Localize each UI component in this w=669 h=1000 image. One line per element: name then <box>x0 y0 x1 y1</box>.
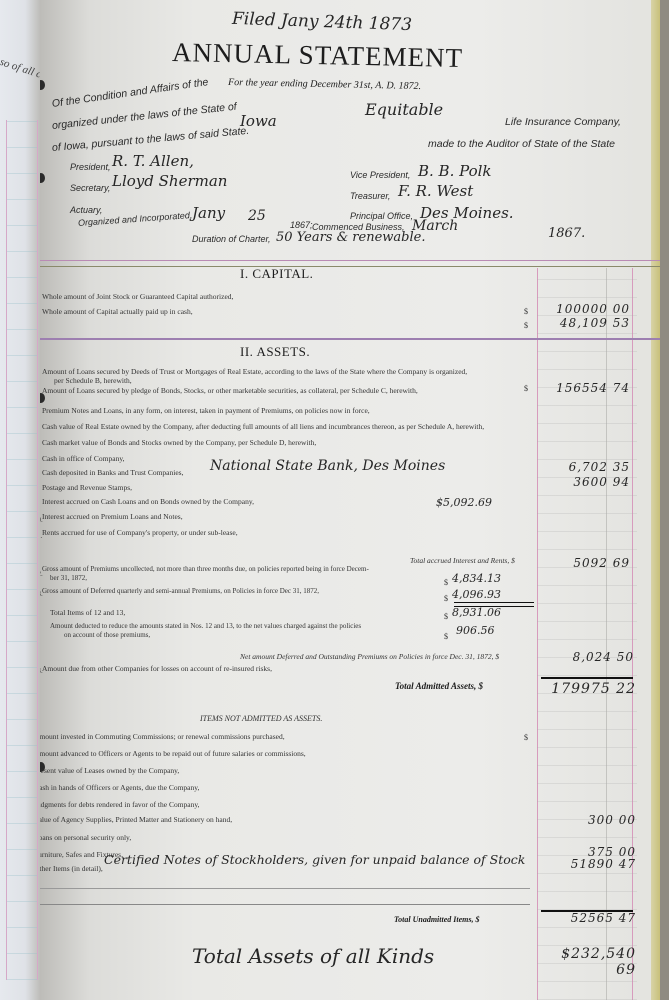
asset-bonds-stocks-label: Cash market value of Bonds and Stocks ow… <box>42 438 316 447</box>
not-admitted-judgments: Judgments for debts rendered in favor of… <box>40 800 200 809</box>
filed-date-note: Filed Jany 24th 1873 <box>232 9 413 35</box>
not-admitted-cash-agents: Cash in hands of Officers or Agents, due… <box>40 783 199 792</box>
asset-mortgage-loans-label: Amount of Loans secured by Deeds of Trus… <box>42 367 467 376</box>
previous-page-ledger-grid <box>6 120 38 980</box>
document-subtitle: For the year ending December 31st, A. D.… <box>228 77 421 92</box>
asset-deferred-premiums-amount: 4,096.93 <box>452 588 501 601</box>
not-admitted-advances: Amount advanced to Officers or Agents to… <box>40 749 306 758</box>
asset-interest-premium-loans-label: Interest accrued on Premium Loans and No… <box>42 512 183 521</box>
asset-premium-notes-label: Premium Notes and Loans, in any form, on… <box>42 406 370 415</box>
asset-cash-office-label: Cash in office of Company, <box>42 454 125 463</box>
asset-deferred-premiums-label: Gross amount of Deferred quarterly and s… <box>42 587 319 595</box>
header-divider <box>40 260 660 267</box>
organized-year: 1867; <box>290 220 313 230</box>
total-interest-amount: 5092 69 <box>530 556 630 570</box>
page-binding-edge <box>651 0 660 1000</box>
secretary-name: Lloyd Sherman <box>112 172 227 190</box>
asset-stamps-label: Postage and Revenue Stamps, <box>42 483 132 492</box>
deduction-amount: 906.56 <box>456 624 495 637</box>
asset-cash-banks-bank-name: National State Bank, Des Moines <box>210 458 445 474</box>
deduction-label-cont: on account of those premiums, <box>64 631 150 639</box>
dollar-sign: $ <box>444 594 448 603</box>
not-admitted-other-items-amount: 51890 47 <box>536 857 636 871</box>
dollar-sign: $ <box>444 632 448 641</box>
not-admitted-commuting-commissions: Amount invested in Commuting Commissions… <box>40 732 285 741</box>
total-unadmitted-label: Total Unadmitted Items, $ <box>394 915 480 924</box>
total-unadmitted-amount: 52565 47 <box>536 911 636 925</box>
total-rule <box>541 677 633 679</box>
asset-uncollected-premiums-label-cont: ber 31, 1872, <box>50 574 87 582</box>
asset-uncollected-premiums-label: Gross amount of Premiums uncollected, no… <box>42 565 369 573</box>
asset-collateral-loans-label: Amount of Loans secured by pledge of Bon… <box>42 386 418 395</box>
asset-collateral-loans-amount: 156554 74 <box>530 381 630 395</box>
principal-office-label: Principal Office, <box>350 211 413 221</box>
not-admitted-other-items: Other Items (in detail), <box>40 864 103 873</box>
organized-month: Jany <box>192 204 225 222</box>
asset-cash-banks-label: Cash deposited in Banks and Trust Compan… <box>42 468 183 477</box>
assets-heading: II. ASSETS. <box>240 344 310 360</box>
dollar-sign: $ <box>444 578 448 587</box>
pursuant-label: of Iowa, pursuant to the laws of said St… <box>51 125 249 154</box>
total-assets-all-kinds-amount: $232,540 69 <box>536 946 636 978</box>
asset-mortgage-loans-label-cont: per Schedule B, herewith, <box>54 376 132 385</box>
previous-page-edge: so of all c <box>0 0 43 1000</box>
not-admitted-other-items-detail: Certified Notes of Stockholders, given f… <box>104 852 525 867</box>
annual-statement-page: Filed Jany 24th 1873 ANNUAL STATEMENT Fo… <box>40 0 660 1000</box>
binding-hole <box>40 80 45 90</box>
total-admitted-amount: 179975 22 <box>536 681 636 697</box>
president-name: R. T. Allen, <box>112 152 194 170</box>
capital-authorized-amount: 100000 00 <box>530 302 630 316</box>
net-deferred-label: Net amount Deferred and Outstanding Prem… <box>240 652 499 661</box>
organized-day: 25 <box>248 208 266 224</box>
charter-duration-label: Duration of Charter, <box>192 234 271 244</box>
dollar-sign: $ <box>524 321 528 330</box>
not-admitted-agency-supplies-amount: 300 00 <box>536 813 636 827</box>
total-admitted-label: Total Admitted Assets, $ <box>395 681 483 691</box>
dollar-sign: $ <box>524 384 528 393</box>
capital-assets-divider <box>40 338 660 340</box>
deduction-label: Amount deducted to reduce the amounts st… <box>50 622 361 630</box>
not-admitted-heading: ITEMS NOT ADMITTED AS ASSETS. <box>200 714 322 723</box>
actuary-label: Actuary, <box>70 205 102 215</box>
capital-heading: I. CAPITAL. <box>240 266 313 282</box>
total-assets-all-kinds-label: Total Assets of all Kinds <box>192 944 434 968</box>
dollar-sign: $ <box>524 307 528 316</box>
total-interest-label: Total accrued Interest and Rents, $ <box>410 556 515 565</box>
commenced-year: 1867. <box>548 226 585 241</box>
company-name: Equitable <box>365 100 443 119</box>
not-admitted-agency-supplies: Value of Agency Supplies, Printed Matter… <box>40 815 232 824</box>
company-suffix: Life Insurance Company, <box>505 116 621 128</box>
divider-line <box>40 904 530 905</box>
treasurer-label: Treasurer, <box>350 191 390 201</box>
treasurer-name: F. R. West <box>398 182 473 200</box>
vice-president-label: Vice President, <box>350 170 410 180</box>
previous-page-text-fragment: so of all c <box>0 56 43 81</box>
dollar-sign: $ <box>444 612 448 621</box>
asset-reinsurance-due-label: Amount due from other Companies for loss… <box>42 664 272 673</box>
binding-hole <box>40 173 45 183</box>
capital-paid-amount: 48,109 53 <box>530 316 630 330</box>
president-label: President, <box>70 162 111 172</box>
not-admitted-leases: Present value of Leases owned by the Com… <box>40 766 179 775</box>
made-to-auditor-label: made to the Auditor of State of the Stat… <box>428 138 615 150</box>
asset-stamps-amount: 3600 94 <box>530 475 630 489</box>
asset-cash-banks-amount: 6,702 35 <box>530 460 630 474</box>
net-deferred-amount: 8,024 50 <box>534 650 634 664</box>
vice-president-name: B. B. Polk <box>418 162 492 180</box>
asset-interest-cash-loans-label: Interest accrued on Cash Loans and on Bo… <box>42 497 254 506</box>
not-admitted-personal-loans: Loans on personal security only, <box>40 833 131 842</box>
asset-interest-cash-loans-amount: $5,092.69 <box>436 496 492 509</box>
dollar-sign: $ <box>524 733 528 742</box>
document-title: ANNUAL STATEMENT <box>172 37 464 74</box>
capital-authorized-label: Whole amount of Joint Stock or Guarantee… <box>42 292 233 301</box>
asset-rents-label: Rents accrued for use of Company's prope… <box>42 528 238 537</box>
divider-line <box>40 888 530 889</box>
capital-paid-label: Whole amount of Capital actually paid up… <box>42 307 193 316</box>
charter-duration: 50 Years & renewable. <box>276 230 425 245</box>
asset-uncollected-premiums-amount: 4,834.13 <box>452 572 501 585</box>
ledger-grid <box>537 270 637 1000</box>
total-12-13-label: Total Items of 12 and 13, <box>50 608 125 617</box>
total-12-13-amount: 8,931.06 <box>452 606 501 619</box>
secretary-label: Secretary, <box>70 183 110 193</box>
asset-real-estate-label: Cash value of Real Estate owned by the C… <box>42 422 484 431</box>
